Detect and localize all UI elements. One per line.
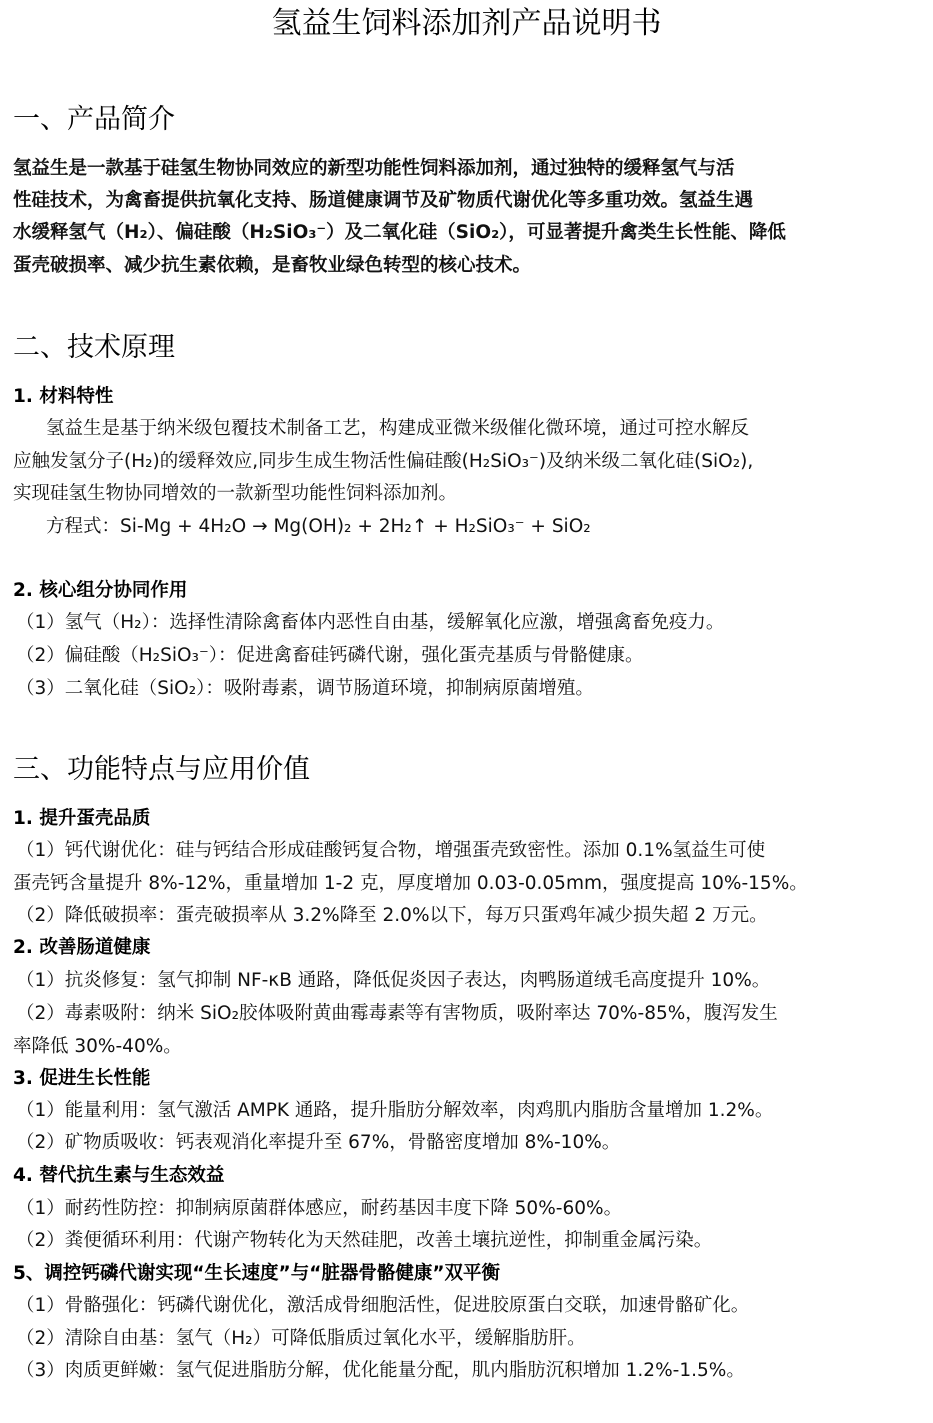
list-item-continuation: 蛋壳钙含量提升 8%-12%，重量增加 1-2 克，厚度增加 0.03-0.05… xyxy=(13,871,808,897)
document-title: 氢益生饲料添加剂产品说明书 xyxy=(0,4,933,44)
section-heading-features: 三、功能特点与应用价值 xyxy=(13,752,310,788)
document-page: 氢益生饲料添加剂产品说明书 一、产品简介 氢益生是一款基于硅氢生物协同效应的新型… xyxy=(0,0,933,1423)
intro-line: 蛋壳破损率、减少抗生素依赖，是畜牧业绿色转型的核心技术。 xyxy=(13,253,531,279)
body-line: 应触发氢分子(H₂)的缓释效应,同步生成生物活性偏硅酸(H₂SiO₃⁻)及纳米级… xyxy=(13,449,753,475)
subsection-heading: 1. 提升蛋壳品质 xyxy=(13,806,150,832)
subsection-heading: 3. 促进生长性能 xyxy=(13,1066,150,1092)
list-item: （3）二氧化硅（SiO₂）：吸附毒素，调节肠道环境，抑制病原菌增殖。 xyxy=(16,676,594,702)
list-item: （1）耐药性防控：抑制病原菌群体感应，耐药基因丰度下降 50%-60%。 xyxy=(16,1196,622,1222)
intro-line: 性硅技术，为禽畜提供抗氧化支持、肠道健康调节及矿物质代谢优化等多重功效。氢益生遇 xyxy=(13,188,753,214)
subsection-heading: 2. 核心组分协同作用 xyxy=(13,578,187,604)
subsection-heading: 5、调控钙磷代谢实现“生长速度”与“脏器骨骼健康”双平衡 xyxy=(13,1261,500,1287)
list-item-continuation: 率降低 30%-40%。 xyxy=(13,1034,182,1060)
list-item: （2）清除自由基：氢气（H₂）可降低脂质过氧化水平，缓解脂肪肝。 xyxy=(16,1326,586,1352)
list-item: （2）粪便循环利用：代谢产物转化为天然硅肥，改善土壤抗逆性，抑制重金属污染。 xyxy=(16,1228,712,1254)
subsection-heading: 4. 替代抗生素与生态效益 xyxy=(13,1163,224,1189)
list-item: （1）能量利用：氢气激活 AMPK 通路，提升脂肪分解效率，肉鸡肌内脂肪含量增加… xyxy=(16,1098,773,1124)
list-item: （1）骨骼强化：钙磷代谢优化，激活成骨细胞活性，促进胶原蛋白交联，加速骨骼矿化。 xyxy=(16,1293,749,1319)
body-line: 实现硅氢生物协同增效的一款新型功能性饲料添加剂。 xyxy=(13,481,457,507)
list-item: （1）氢气（H₂）：选择性清除禽畜体内恶性自由基，缓解氧化应激，增强禽畜免疫力。 xyxy=(16,610,724,636)
intro-line: 氢益生是一款基于硅氢生物协同效应的新型功能性饲料添加剂，通过独特的缓释氢气与活 xyxy=(13,156,735,182)
list-item: （2）偏硅酸（H₂SiO₃⁻）：促进禽畜硅钙磷代谢，强化蛋壳基质与骨骼健康。 xyxy=(16,643,643,669)
list-item: （1）钙代谢优化：硅与钙结合形成硅酸钙复合物，增强蛋壳致密性。添加 0.1%氢益… xyxy=(16,838,765,864)
subsection-heading: 1. 材料特性 xyxy=(13,384,113,410)
body-line: 氢益生是基于纳米级包覆技术制备工艺，构建成亚微米级催化微环境，通过可控水解反 xyxy=(46,416,749,442)
list-item: （1）抗炎修复：氢气抑制 NF-κB 通路，降低促炎因子表达，肉鸭肠道绒毛高度提… xyxy=(16,968,770,994)
list-item: （2）矿物质吸收：钙表观消化率提升至 67%，骨骼密度增加 8%-10%。 xyxy=(16,1130,620,1156)
intro-line: 水缓释氢气（H₂）、偏硅酸（H₂SiO₃⁻）及二氧化硅（SiO₂），可显著提升禽… xyxy=(13,220,786,246)
subsection-heading: 2. 改善肠道健康 xyxy=(13,935,150,961)
list-item: （3）肉质更鲜嫩：氢气促进脂肪分解，优化能量分配，肌内脂肪沉积增加 1.2%-1… xyxy=(16,1358,745,1384)
list-item: （2）降低破损率：蛋壳破损率从 3.2%降至 2.0%以下，每万只蛋鸡年减少损失… xyxy=(16,903,768,929)
list-item: （2）毒素吸附：纳米 SiO₂胶体吸附黄曲霉毒素等有害物质，吸附率达 70%-8… xyxy=(16,1001,778,1027)
section-heading-principle: 二、技术原理 xyxy=(13,330,175,366)
equation-line: 方程式：Si-Mg + 4H₂O → Mg(OH)₂ + 2H₂↑ + H₂Si… xyxy=(46,514,591,540)
section-heading-intro: 一、产品简介 xyxy=(13,102,175,138)
